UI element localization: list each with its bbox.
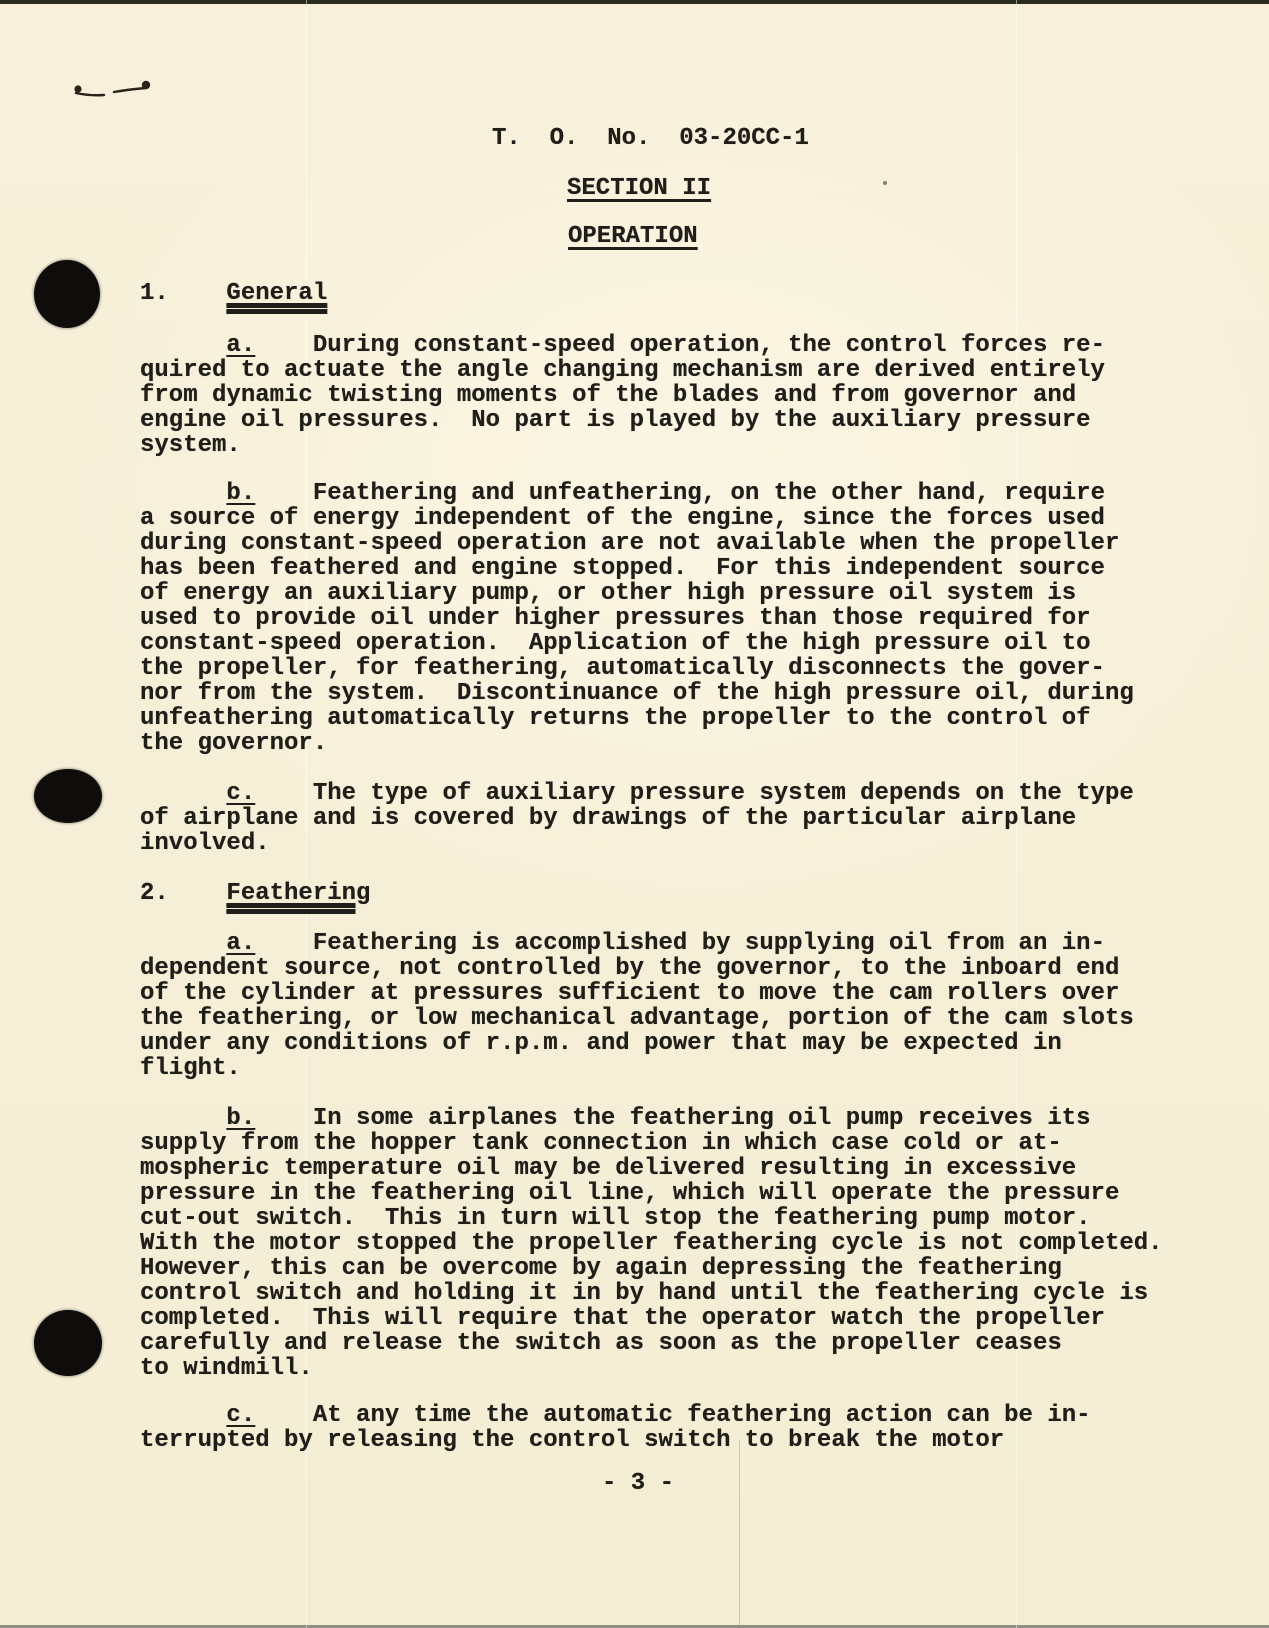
text-line: mospheric temperature oil may be deliver…	[140, 1156, 1163, 1181]
paragraph-first-line: c. The type of auxiliary pressure system…	[140, 781, 1134, 806]
page-number: - 3 -	[602, 1471, 674, 1496]
text-line: the propeller, for feathering, automatic…	[140, 656, 1134, 681]
text-line: pressure in the feathering oil line, whi…	[140, 1181, 1163, 1206]
paragraph-label: b.	[226, 480, 255, 507]
section-heading: SECTION II	[567, 176, 711, 201]
paragraph-text: Feathering is accomplished by supplying …	[313, 930, 1105, 957]
hole-punch	[34, 769, 102, 823]
section-number: 1.	[140, 280, 169, 307]
text-line: With the motor stopped the propeller fea…	[140, 1231, 1163, 1256]
paragraph-label: a.	[226, 930, 255, 957]
paragraph-first-line: c. At any time the automatic feathering …	[140, 1403, 1091, 1428]
paragraph-first-line: b. In some airplanes the feathering oil …	[140, 1106, 1163, 1131]
text-line: control switch and holding it in by hand…	[140, 1281, 1163, 1306]
section-2-title: 2. Feathering	[140, 881, 370, 906]
text-line: constant-speed operation. Application of…	[140, 631, 1134, 656]
section-subheading: OPERATION	[568, 224, 698, 249]
text-line: quired to actuate the angle changing mec…	[140, 358, 1105, 383]
text-line: involved.	[140, 831, 1134, 856]
text-line: of the cylinder at pressures sufficient …	[140, 981, 1134, 1006]
paragraph-text: Feathering and unfeathering, on the othe…	[313, 480, 1105, 507]
text-line: completed. This will require that the op…	[140, 1306, 1163, 1331]
text-line: system.	[140, 433, 1105, 458]
hole-punch	[34, 1310, 102, 1376]
paragraph-2c: c. At any time the automatic feathering …	[140, 1403, 1091, 1453]
text-line: nor from the system. Discontinuance of t…	[140, 681, 1134, 706]
paragraph-text: During constant-speed operation, the con…	[313, 332, 1105, 359]
text-line: cut-out switch. This in turn will stop t…	[140, 1206, 1163, 1231]
text-line: flight.	[140, 1056, 1134, 1081]
paragraph-text: At any time the automatic feathering act…	[313, 1402, 1091, 1429]
text-line: the feathering, or low mechanical advant…	[140, 1006, 1134, 1031]
paragraph-label: c.	[226, 780, 255, 807]
section-1-title: 1. General	[140, 281, 327, 306]
hole-punch	[34, 260, 100, 328]
text-line: under any conditions of r.p.m. and power…	[140, 1031, 1134, 1056]
paragraph-1a: a. During constant-speed operation, the …	[140, 333, 1105, 458]
ink-mark	[60, 74, 170, 110]
paragraph-2a: a. Feathering is accomplished by supplyi…	[140, 931, 1134, 1081]
section-title-text: Feathering	[226, 880, 370, 907]
text-line: dependent source, not controlled by the …	[140, 956, 1134, 981]
paragraph-label: a.	[226, 332, 255, 359]
paragraph-text: The type of auxiliary pressure system de…	[313, 780, 1134, 807]
text-line: a source of energy independent of the en…	[140, 506, 1134, 531]
paragraph-1c: c. The type of auxiliary pressure system…	[140, 781, 1134, 856]
text-line: has been feathered and engine stopped. F…	[140, 556, 1134, 581]
text-line: to windmill.	[140, 1356, 1163, 1381]
document-header: T. O. No. 03-20CC-1	[492, 126, 809, 151]
paragraph-1b: b. Feathering and unfeathering, on the o…	[140, 481, 1134, 756]
text-line: carefully and release the switch as soon…	[140, 1331, 1163, 1356]
text-line: of energy an auxiliary pump, or other hi…	[140, 581, 1134, 606]
paragraph-2b: b. In some airplanes the feathering oil …	[140, 1106, 1163, 1381]
section-title-text: General	[226, 280, 327, 307]
paragraph-text: In some airplanes the feathering oil pum…	[313, 1105, 1091, 1132]
text-line: supply from the hopper tank connection i…	[140, 1131, 1163, 1156]
text-line: used to provide oil under higher pressur…	[140, 606, 1134, 631]
text-line: unfeathering automatically returns the p…	[140, 706, 1134, 731]
paragraph-label: b.	[226, 1105, 255, 1132]
text-line: terrupted by releasing the control switc…	[140, 1428, 1091, 1453]
paragraph-first-line: a. During constant-speed operation, the …	[140, 333, 1105, 358]
scanned-document-page: T. O. No. 03-20CC-1 SECTION II OPERATION…	[0, 0, 1269, 1628]
scan-edge-top	[0, 0, 1269, 4]
section-number: 2.	[140, 880, 169, 907]
text-line: the governor.	[140, 731, 1134, 756]
paragraph-first-line: b. Feathering and unfeathering, on the o…	[140, 481, 1134, 506]
scan-speck	[883, 181, 887, 185]
text-line: However, this can be overcome by again d…	[140, 1256, 1163, 1281]
paper-crease	[739, 1440, 740, 1628]
paragraph-label: c.	[226, 1402, 255, 1429]
text-line: engine oil pressures. No part is played …	[140, 408, 1105, 433]
text-line: of airplane and is covered by drawings o…	[140, 806, 1134, 831]
text-line: from dynamic twisting moments of the bla…	[140, 383, 1105, 408]
paragraph-first-line: a. Feathering is accomplished by supplyi…	[140, 931, 1134, 956]
text-line: during constant-speed operation are not …	[140, 531, 1134, 556]
